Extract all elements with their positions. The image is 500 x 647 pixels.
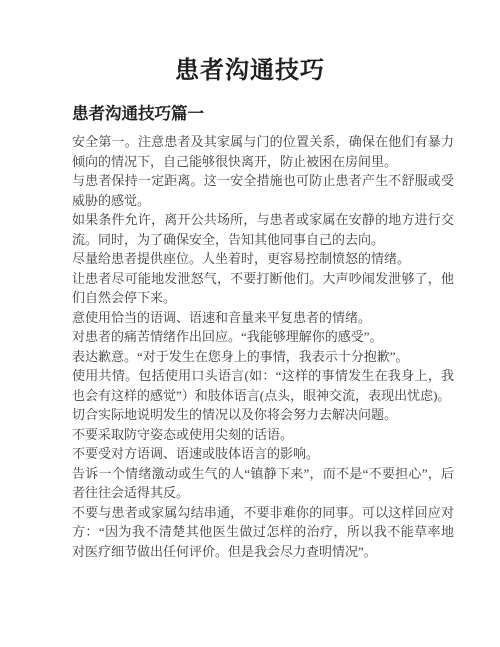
body-paragraph: 对患者的痛苦情绪作出回应。“我能够理解你的感受”。 [72, 327, 454, 347]
body-paragraph: 如果条件允许，离开公共场所，与患者或家属在安静的地方进行交流。同时，为了确保安全… [72, 210, 454, 249]
body-paragraph: 切合实际地说明发生的情况以及你将会努力去解决问题。 [72, 405, 454, 425]
body-paragraph: 不要受对方语调、语速或肢体语言的影响。 [72, 444, 454, 464]
document-content: 患者沟通技巧篇一 安全第一。注意患者及其家属与门的位置关系，确保在他们有暴力倾向… [0, 86, 500, 562]
body-paragraph: 让患者尽可能地发泄怒气，不要打断他们。大声吵闹发泄够了，他们自然会停下来。 [72, 269, 454, 308]
body-paragraph: 尽量给患者提供座位。人坐着时，更容易控制愤怒的情绪。 [72, 249, 454, 269]
body-paragraph: 意使用恰当的语调、语速和音量来平复患者的情绪。 [72, 308, 454, 328]
body-paragraph: 安全第一。注意患者及其家属与门的位置关系，确保在他们有暴力倾向的情况下，自己能够… [72, 132, 454, 171]
body-paragraph: 使用共情。包括使用口头语言(如：“这样的事情发生在我身上，我也会有这样的感觉”）… [72, 366, 454, 405]
body-paragraph: 与患者保持一定距离。这一安全措施也可防止患者产生不舒服或受威胁的感觉。 [72, 171, 454, 210]
document-title: 患者沟通技巧 [0, 0, 500, 86]
body-paragraph: 表达歉意。“对于发生在您身上的事情，我表示十分抱歉”。 [72, 347, 454, 367]
body-paragraph: 不要采取防守姿态或使用尖刻的话语。 [72, 425, 454, 445]
document-page: 患者沟通技巧 患者沟通技巧篇一 安全第一。注意患者及其家属与门的位置关系，确保在… [0, 0, 500, 647]
paragraph-list: 安全第一。注意患者及其家属与门的位置关系，确保在他们有暴力倾向的情况下，自己能够… [72, 132, 454, 561]
body-paragraph: 不要与患者或家属勾结串通，不要非难你的同事。可以这样回应对方：“因为我不清楚其他… [72, 503, 454, 562]
section-heading: 患者沟通技巧篇一 [72, 86, 454, 133]
body-paragraph: 告诉一个情绪激动或生气的人“镇静下来”，而不是“不要担心”，后者往往会适得其反。 [72, 464, 454, 503]
